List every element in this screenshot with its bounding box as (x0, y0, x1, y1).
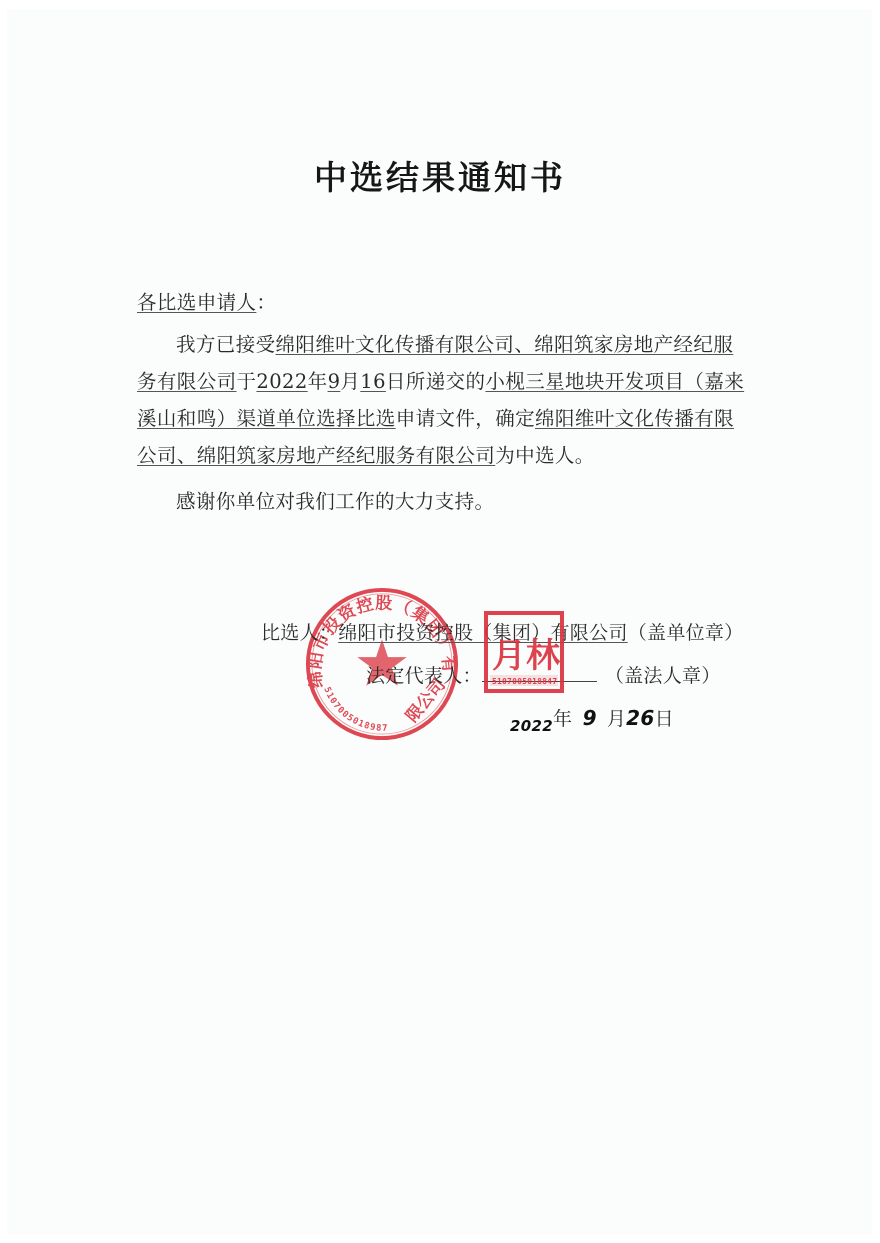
text-segment: 年 (308, 370, 328, 393)
salutation-line: 各比选申请人： (137, 290, 276, 316)
selector-name: 绵阳市投资控股（集团）有限公司 (338, 622, 628, 644)
text-segment: 于 (237, 370, 257, 393)
date-month-suffix: 月 (607, 708, 626, 730)
text-segment: 月 (340, 370, 360, 393)
svg-text:5107005018847: 5107005018847 (492, 677, 557, 686)
date-day-suffix: 日 (655, 708, 674, 730)
salutation: 各比选申请人 (137, 291, 256, 314)
salutation-colon: ： (256, 291, 276, 314)
winner-companies: 绵阳维叶文化传播有限 (535, 407, 734, 430)
paragraph1-line1: 我方已接受绵阳维叶文化传播有限公司、绵阳筑家房地产经纪服 (176, 332, 733, 358)
paragraph2: 感谢你单位对我们工作的大力支持。 (176, 489, 494, 515)
date-year-handwritten: 2022 (510, 717, 553, 735)
date-year-suffix: 年 (553, 708, 572, 730)
svg-text:月林: 月林 (492, 636, 561, 676)
submit-month: 9 (328, 370, 341, 393)
project-name: 小枧三星地块开发项目（嘉来 (485, 370, 744, 393)
legal-rep-label: 法定代表人： (366, 665, 482, 687)
project-name-cont: 溪山和鸣）渠道单位选择比选 (137, 407, 396, 430)
date-day-handwritten: 26 (626, 706, 654, 730)
selector-note: （盖单位章） (628, 622, 744, 644)
document-title: 中选结果通知书 (0, 152, 880, 199)
winner-companies-cont: 公司、绵阳筑家房地产经纪服务有限公司 (137, 444, 495, 467)
legal-rep-square-seal: 月林 5107005018847 (484, 611, 564, 693)
paragraph1-line4: 公司、绵阳筑家房地产经纪服务有限公司为中选人。 (137, 443, 595, 469)
paragraph1-line2: 务有限公司于2022年9月16日所递交的小枧三星地块开发项目（嘉来 (137, 369, 744, 395)
submit-year: 2022 (256, 370, 307, 393)
selector-label: 比选人： (261, 622, 338, 644)
paragraph1-line3: 溪山和鸣）渠道单位选择比选申请文件，确定绵阳维叶文化传播有限 (137, 406, 734, 432)
text-segment: 我方已接受 (176, 333, 276, 356)
submit-day: 16 (360, 370, 386, 393)
date-line: 2022年 9月26日 (510, 705, 674, 733)
winner-companies-cont: 务有限公司 (137, 370, 237, 393)
svg-text:5107005018987: 5107005018987 (321, 686, 388, 734)
legal-rep-note: （盖法人章） (605, 665, 721, 687)
date-month-handwritten: 9 (583, 706, 597, 730)
text-segment: 日所递交的 (386, 370, 486, 393)
text-segment: 申请文件，确定 (396, 407, 535, 430)
winner-companies: 绵阳维叶文化传播有限公司、绵阳筑家房地产经纪服 (276, 333, 734, 356)
text-segment: 为中选人。 (495, 444, 595, 467)
